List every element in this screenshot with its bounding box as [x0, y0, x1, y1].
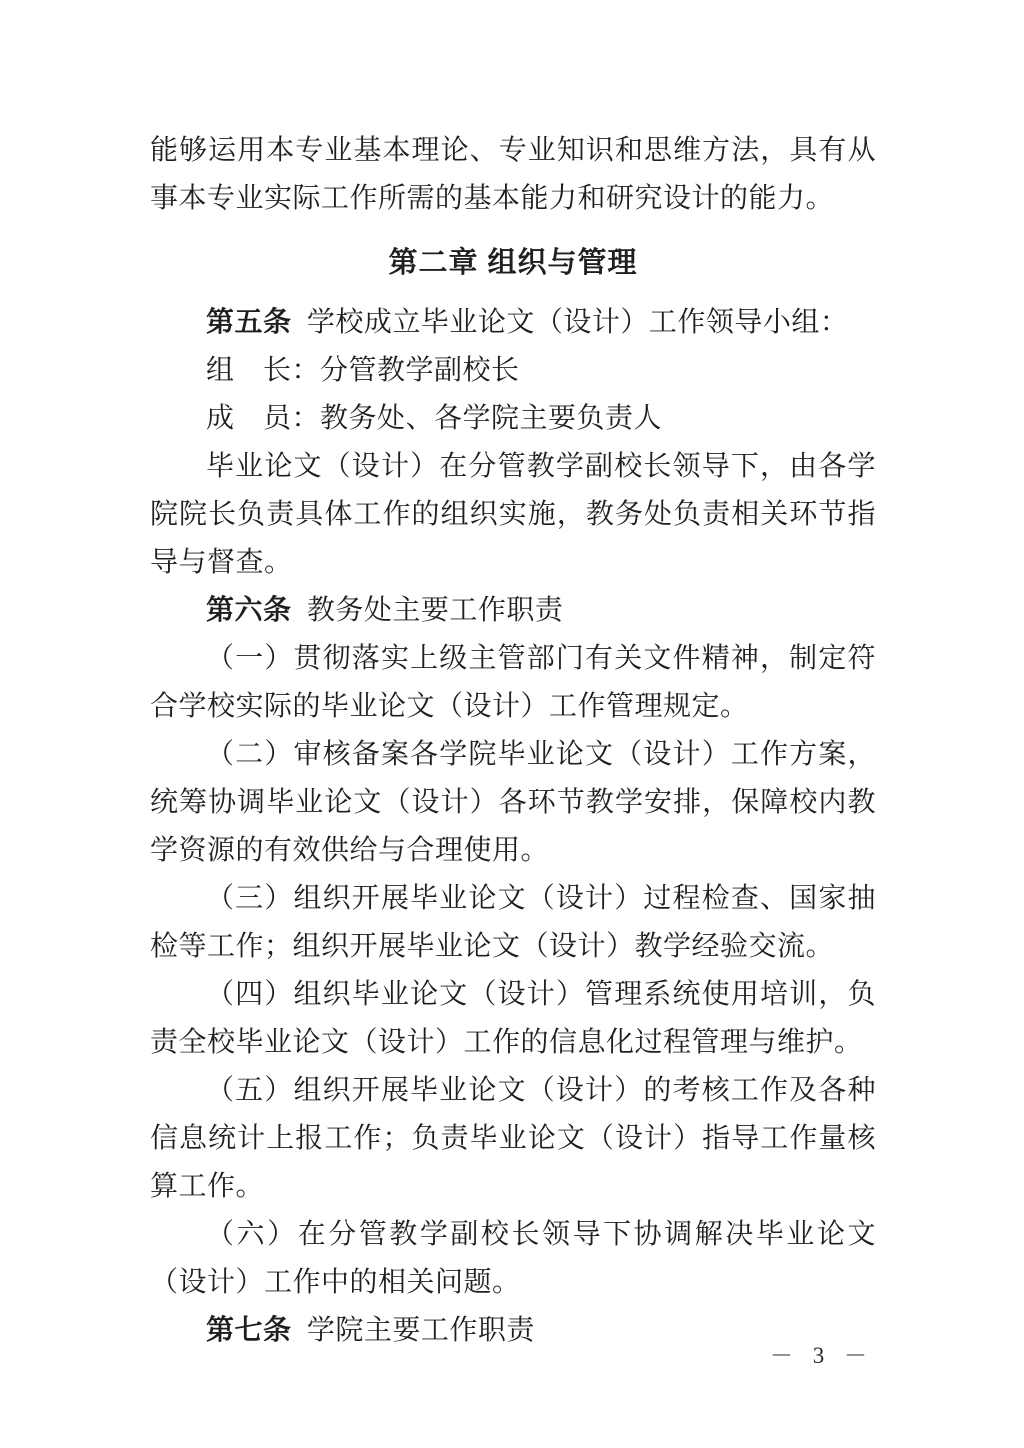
article-5-number: 第五条 — [206, 307, 292, 338]
article-6-title: 教务处主要工作职责 — [307, 595, 564, 626]
article-5-title: 学校成立毕业论文（设计）工作领导小组： — [307, 307, 849, 338]
paragraph-continuation: 能够运用本专业基本理论、专业知识和思维方法，具有从事本专业实际工作所需的基本能力… — [150, 127, 876, 223]
article-7-heading: 第七条学院主要工作职责 — [150, 1307, 876, 1355]
list-item-4: （四）组织毕业论文（设计）管理系统使用培训，负责全校毕业论文（设计）工作的信息化… — [150, 971, 876, 1067]
document-page: 能够运用本专业基本理论、专业知识和思维方法，具有从事本专业实际工作所需的基本能力… — [0, 0, 1024, 1448]
list-item-5: （五）组织开展毕业论文（设计）的考核工作及各种信息统计上报工作；负责毕业论文（设… — [150, 1067, 876, 1211]
article-6-heading: 第六条教务处主要工作职责 — [150, 587, 876, 635]
list-item-6: （六）在分管教学副校长领导下协调解决毕业论文（设计）工作中的相关问题。 — [150, 1211, 876, 1307]
article-6-number: 第六条 — [206, 595, 292, 626]
article-7-title: 学院主要工作职责 — [307, 1315, 535, 1346]
list-item-3: （三）组织开展毕业论文（设计）过程检查、国家抽检等工作；组织开展毕业论文（设计）… — [150, 875, 876, 971]
article-5-heading: 第五条学校成立毕业论文（设计）工作领导小组： — [150, 299, 876, 347]
page-number: － 3 － — [770, 1337, 874, 1370]
article-7-number: 第七条 — [206, 1315, 292, 1346]
paragraph-leadership: 毕业论文（设计）在分管教学副校长领导下，由各学院院长负责具体工作的组织实施，教务… — [150, 443, 876, 587]
group-leader-line: 组 长：分管教学副校长 — [150, 347, 876, 395]
list-item-2: （二）审核备案各学院毕业论文（设计）工作方案，统筹协调毕业论文（设计）各环节教学… — [150, 731, 876, 875]
group-members-line: 成 员：教务处、各学院主要负责人 — [150, 395, 876, 443]
chapter-heading: 第二章 组织与管理 — [150, 239, 876, 287]
list-item-1: （一）贯彻落实上级主管部门有关文件精神，制定符合学校实际的毕业论文（设计）工作管… — [150, 635, 876, 731]
